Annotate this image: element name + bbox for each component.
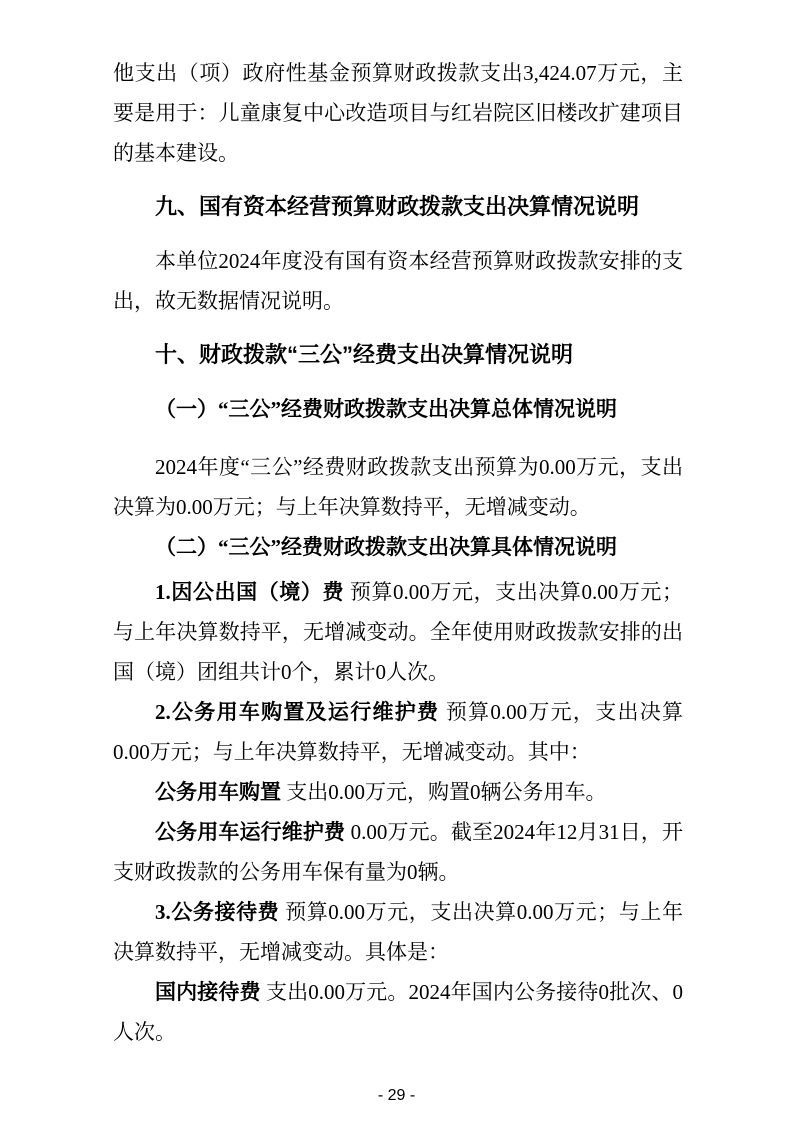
page-number: - 29 -	[378, 1087, 415, 1104]
document-body: 他支出（项）政府性基金预算财政拨款支出3,424.07万元，主要是用于：儿童康复…	[113, 53, 683, 1052]
subsection-1-heading: （一）“三公”经费财政拨款支出决算总体情况说明	[113, 389, 683, 429]
item-2-label: 2.公务用车购置及运行维护费	[155, 700, 439, 724]
item-3-paragraph: 3.公务接待费 预算0.00万元，支出决算0.00万元；与上年决算数持平，无增减…	[113, 892, 683, 972]
section-9-paragraph: 本单位2024年度没有国有资本经营预算财政拨款安排的支出，故无数据情况说明。	[113, 241, 683, 321]
page-footer: - 29 -	[0, 1086, 793, 1106]
item-3-label: 3.公务接待费	[155, 900, 279, 924]
item-2a-text: 支出0.00万元，购置0辆公务用车。	[281, 780, 607, 804]
item-3a-label: 国内接待费	[155, 980, 261, 1004]
item-2b-label: 公务用车运行维护费	[155, 820, 345, 844]
subsection-2-heading: （二）“三公”经费财政拨款支出决算具体情况说明	[113, 527, 683, 567]
item-2b-paragraph: 公务用车运行维护费 0.00万元。截至2024年12月31日，开支财政拨款的公务…	[113, 812, 683, 892]
section-10-heading: 十、财政拨款“三公”经费支出决算情况说明	[113, 335, 683, 375]
item-3a-paragraph: 国内接待费 支出0.00万元。2024年国内公务接待0批次、0人次。	[113, 972, 683, 1052]
section-9-heading: 九、国有资本经营预算财政拨款支出决算情况说明	[113, 187, 683, 227]
item-2a-paragraph: 公务用车购置 支出0.00万元，购置0辆公务用车。	[113, 772, 683, 812]
carryover-paragraph: 他支出（项）政府性基金预算财政拨款支出3,424.07万元，主要是用于：儿童康复…	[113, 53, 683, 173]
subsection-1-paragraph: 2024年度“三公”经费财政拨款支出预算为0.00万元，支出决算为0.00万元；…	[113, 447, 683, 527]
document-page: 他支出（项）政府性基金预算财政拨款支出3,424.07万元，主要是用于：儿童康复…	[0, 0, 793, 1122]
item-1-paragraph: 1.因公出国（境）费 预算0.00万元，支出决算0.00万元；与上年决算数持平，…	[113, 572, 683, 692]
item-1-label: 1.因公出国（境）费	[155, 580, 344, 604]
item-2a-label: 公务用车购置	[155, 780, 281, 804]
item-2-paragraph: 2.公务用车购置及运行维护费 预算0.00万元，支出决算0.00万元；与上年决算…	[113, 692, 683, 772]
